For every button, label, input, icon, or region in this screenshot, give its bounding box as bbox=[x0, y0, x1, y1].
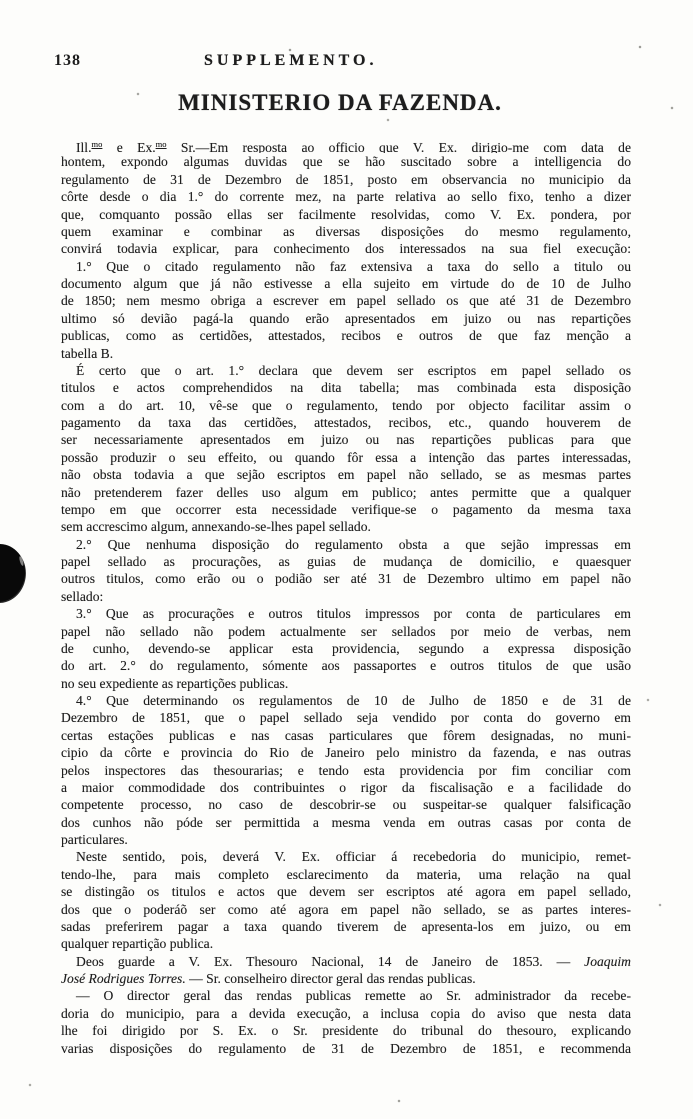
text-line: lhe foi dirigido por S. Ex. o Sr. presid… bbox=[61, 1022, 631, 1039]
text-line: convirá todavia explicar, para conhecime… bbox=[61, 240, 631, 257]
text-line: tendo-lhe, para mais completo esclarecim… bbox=[61, 866, 631, 883]
text-line: 1.° Que o citado regulamento não faz ext… bbox=[61, 258, 631, 275]
text-segment: sadas preferirem pagar a taxa quando tiv… bbox=[61, 919, 631, 934]
text-line: Ill.mo e Ex.mo Sr.—Em resposta ao offici… bbox=[61, 136, 631, 153]
text-line: sem accrescimo algum, annexando-se-lhes … bbox=[61, 518, 631, 535]
text-segment: Ill. bbox=[76, 140, 91, 153]
text-line: — O director geral das rendas publicas r… bbox=[61, 987, 631, 1004]
text-segment: tempo em que occorrer esta necessidade v… bbox=[61, 502, 631, 517]
text-line: de cunho, devendo-se applicar esta provi… bbox=[61, 640, 631, 657]
text-segment: particulares. bbox=[61, 832, 128, 847]
text-segment: Neste sentido, pois, deverá V. Ex. offic… bbox=[76, 849, 631, 864]
scanned-document-page: 138 SUPPLEMENTO. MINISTERIO DA FAZENDA. … bbox=[0, 0, 693, 1119]
text-segment: pelos inspectores das thesourarias; e te… bbox=[61, 763, 631, 778]
text-segment: qualquer repartição publica. bbox=[61, 936, 213, 951]
text-segment: competente processo, no caso de descobri… bbox=[61, 797, 631, 812]
superscript-text: mo bbox=[156, 139, 167, 149]
text-line: É certo que o art. 1.° declara que devem… bbox=[61, 362, 631, 379]
text-segment: regulamento de 31 de Dezembro de 1851, p… bbox=[61, 172, 631, 187]
text-segment: Dezembro de 1851, que o papel sellado se… bbox=[61, 710, 631, 725]
text-segment: tabella B. bbox=[61, 346, 113, 361]
text-segment: de 1850; nem mesmo obriga a escrever em … bbox=[61, 293, 631, 308]
text-line: publicas, como as certidões, attestados,… bbox=[61, 327, 631, 344]
text-segment: quem examinar e combinar as diversas dis… bbox=[61, 224, 631, 239]
text-segment: que, comquanto possão ellas ser facilmen… bbox=[61, 207, 631, 222]
text-segment: sellado: bbox=[61, 589, 103, 604]
text-segment: 2.° Que nenhuma disposição do regulament… bbox=[76, 537, 631, 552]
body-text: Ill.mo e Ex.mo Sr.—Em resposta ao offici… bbox=[61, 136, 631, 1057]
text-segment: papel não sellado não podem actualmente … bbox=[61, 624, 631, 639]
text-line: papel sellado as procurações, as guias d… bbox=[61, 553, 631, 570]
text-line: sellado: bbox=[61, 588, 631, 605]
text-line: a maior commodidade dos contribuintes o … bbox=[61, 779, 631, 796]
page-number: 138 bbox=[54, 52, 81, 70]
text-line: regulamento de 31 de Dezembro de 1851, p… bbox=[61, 171, 631, 188]
text-segment: côrte desde o dia 1.° do corrente mez, n… bbox=[61, 189, 631, 204]
text-line: 4.° Que determinando os regulamentos de … bbox=[61, 692, 631, 709]
text-line: certas estações publicas e nas casas par… bbox=[61, 727, 631, 744]
text-line: ser necessariamente apresentados em juiz… bbox=[61, 431, 631, 448]
text-line: pelos inspectores das thesourarias; e te… bbox=[61, 762, 631, 779]
text-segment: 1.° Que o citado regulamento não faz ext… bbox=[76, 259, 631, 274]
italic-text: José Rodrigues Torres. bbox=[61, 971, 186, 986]
text-segment: de cunho, devendo-se applicar esta provi… bbox=[61, 641, 631, 656]
text-line: qualquer repartição publica. bbox=[61, 935, 631, 952]
text-segment: com a do art. 10, vê-se que o regulament… bbox=[61, 398, 631, 413]
text-line: do art. 2.° do regulamento, sómente aos … bbox=[61, 657, 631, 674]
text-line: Dezembro de 1851, que o papel sellado se… bbox=[61, 709, 631, 726]
text-segment: certas estações publicas e nas casas par… bbox=[61, 728, 631, 743]
text-line: com a do art. 10, vê-se que o regulament… bbox=[61, 397, 631, 414]
running-header: SUPPLEMENTO. bbox=[204, 52, 378, 70]
text-line: documento algum que já não estivesse a e… bbox=[61, 275, 631, 292]
text-segment: possão produzir o seu effeito, ou quando… bbox=[61, 450, 631, 465]
text-segment: 4.° Que determinando os regulamentos de … bbox=[76, 693, 631, 708]
text-line: não pretenderem fazer delles uso algum e… bbox=[61, 484, 631, 501]
ink-blot-artifact bbox=[0, 541, 29, 606]
text-segment: documento algum que já não estivesse a e… bbox=[61, 276, 631, 291]
text-segment: publicas, como as certidões, attestados,… bbox=[61, 328, 631, 343]
text-segment: — Sr. conselheiro director geral das ren… bbox=[186, 971, 476, 986]
text-line: quem examinar e combinar as diversas dis… bbox=[61, 223, 631, 240]
superscript-text: mo bbox=[91, 139, 102, 149]
text-line: dos que o poderáõ ser como até agora em … bbox=[61, 901, 631, 918]
text-line: Neste sentido, pois, deverá V. Ex. offic… bbox=[61, 848, 631, 865]
text-line: 3.° Que as procurações e outros titulos … bbox=[61, 605, 631, 622]
text-line: particulares. bbox=[61, 831, 631, 848]
text-line: dos cunhos não póde ser permittida a mes… bbox=[61, 814, 631, 831]
text-line: competente processo, no caso de descobri… bbox=[61, 796, 631, 813]
text-segment: e Ex. bbox=[102, 140, 155, 153]
text-line: 2.° Que nenhuma disposição do regulament… bbox=[61, 536, 631, 553]
text-line: não obsta todavia a que sejão escriptos … bbox=[61, 466, 631, 483]
text-segment: se distingão os titulos e actos que deve… bbox=[61, 884, 631, 899]
text-line: no seu expediente as repartições publica… bbox=[61, 675, 631, 692]
italic-text: Joaquim bbox=[584, 954, 631, 969]
text-line: papel não sellado não podem actualmente … bbox=[61, 623, 631, 640]
text-line: que, comquanto possão ellas ser facilmen… bbox=[61, 206, 631, 223]
text-segment: sem accrescimo algum, annexando-se-lhes … bbox=[61, 519, 371, 534]
text-segment: cipio da côrte e provincia do Rio de Jan… bbox=[61, 745, 631, 760]
text-segment: ser necessariamente apresentados em juiz… bbox=[61, 432, 631, 447]
text-line: doria do municipio, para a devida execuç… bbox=[61, 1005, 631, 1022]
text-segment: no seu expediente as repartições publica… bbox=[61, 676, 288, 691]
text-segment: dos cunhos não póde ser permittida a mes… bbox=[61, 815, 631, 830]
text-segment: — O director geral das rendas publicas r… bbox=[76, 988, 631, 1003]
text-line: Deos guarde a V. Ex. Thesouro Nacional, … bbox=[61, 953, 631, 970]
text-segment: titulos e actos comprehendidos na dita t… bbox=[61, 380, 631, 395]
text-segment: Deos guarde a V. Ex. Thesouro Nacional, … bbox=[76, 954, 584, 969]
text-segment: papel sellado as procurações, as guias d… bbox=[61, 554, 631, 569]
text-segment: tendo-lhe, para mais completo esclarecim… bbox=[61, 867, 631, 882]
text-line: possão produzir o seu effeito, ou quando… bbox=[61, 449, 631, 466]
text-line: ultimo só devião pagá-la quando erão apr… bbox=[61, 310, 631, 327]
text-segment: convirá todavia explicar, para conhecime… bbox=[61, 241, 631, 256]
document-title: MINISTERIO DA FAZENDA. bbox=[0, 90, 680, 116]
text-line: de 1850; nem mesmo obriga a escrever em … bbox=[61, 292, 631, 309]
text-line: cipio da côrte e provincia do Rio de Jan… bbox=[61, 744, 631, 761]
text-segment: não pretenderem fazer delles uso algum e… bbox=[61, 485, 631, 500]
text-line: pagamento da taxa das certidões, attesta… bbox=[61, 414, 631, 431]
text-line: outros titulos, como erão ou o podião se… bbox=[61, 570, 631, 587]
text-segment: pagamento da taxa das certidões, attesta… bbox=[61, 415, 631, 430]
text-segment: doria do municipio, para a devida execuç… bbox=[61, 1006, 631, 1021]
text-line: se distingão os titulos e actos que deve… bbox=[61, 883, 631, 900]
text-segment: Sr.—Em resposta ao officio que V. Ex. di… bbox=[167, 140, 631, 153]
text-segment: dos que o poderáõ ser como até agora em … bbox=[61, 902, 631, 917]
text-segment: ultimo só devião pagá-la quando erão apr… bbox=[61, 311, 631, 326]
text-line: tempo em que occorrer esta necessidade v… bbox=[61, 501, 631, 518]
text-segment: varias disposições do regulamento de 31 … bbox=[61, 1041, 631, 1056]
text-segment: É certo que o art. 1.° declara que devem… bbox=[76, 363, 631, 378]
text-line: hontem, expondo algumas duvidas que se h… bbox=[61, 153, 631, 170]
text-line: sadas preferirem pagar a taxa quando tiv… bbox=[61, 918, 631, 935]
text-segment: outros titulos, como erão ou o podião se… bbox=[61, 571, 631, 586]
text-line: José Rodrigues Torres. — Sr. conselheiro… bbox=[61, 970, 631, 987]
text-segment: não obsta todavia a que sejão escriptos … bbox=[61, 467, 631, 482]
text-line: titulos e actos comprehendidos na dita t… bbox=[61, 379, 631, 396]
text-segment: hontem, expondo algumas duvidas que se h… bbox=[61, 154, 631, 169]
text-line: tabella B. bbox=[61, 345, 631, 362]
text-segment: a maior commodidade dos contribuintes o … bbox=[61, 780, 631, 795]
text-segment: do art. 2.° do regulamento, sómente aos … bbox=[61, 658, 631, 673]
text-line: varias disposições do regulamento de 31 … bbox=[61, 1040, 631, 1057]
text-segment: 3.° Que as procurações e outros titulos … bbox=[76, 606, 631, 621]
text-segment: lhe foi dirigido por S. Ex. o Sr. presid… bbox=[61, 1023, 631, 1038]
text-line: côrte desde o dia 1.° do corrente mez, n… bbox=[61, 188, 631, 205]
